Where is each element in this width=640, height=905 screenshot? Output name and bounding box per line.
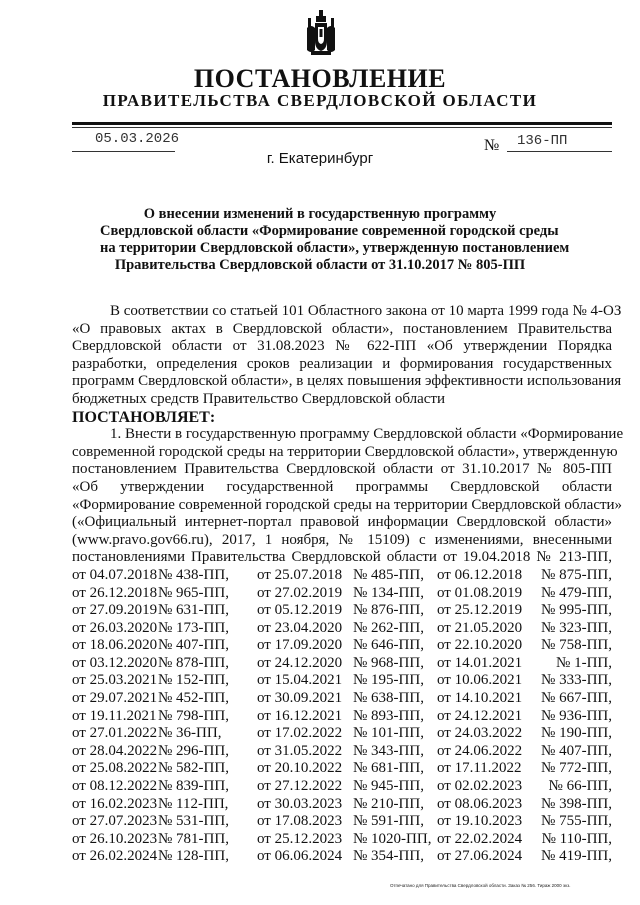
- amendment-number: № 631-ПП,: [158, 602, 257, 620]
- amendment-date: от 22.02.2024: [437, 831, 531, 849]
- item-line: «Об утверждении государственной программ…: [72, 479, 612, 497]
- amendment-date: от 30.03.2023: [257, 796, 353, 814]
- amendment-number: № 781-ПП,: [158, 831, 257, 849]
- amendment-date: от 23.04.2020: [257, 620, 353, 638]
- amendment-row: от 04.07.2018№ 438-ПП,от 25.07.2018№ 485…: [72, 567, 612, 585]
- amendment-row: от 26.12.2018№ 965-ПП,от 27.02.2019№ 134…: [72, 585, 612, 603]
- preamble-line: разработки, определения сроков реализаци…: [72, 356, 612, 374]
- amendment-row: от 19.11.2021№ 798-ПП,от 16.12.2021№ 893…: [72, 708, 612, 726]
- amendment-number: № 419-ПП,: [531, 848, 612, 866]
- amendment-date: от 28.04.2022: [72, 743, 158, 761]
- item-line: (www.pravo.gov66.ru), 2017, 1 ноября, № …: [72, 532, 612, 550]
- amendment-date: от 06.06.2024: [257, 848, 353, 866]
- amendment-date: от 27.09.2019: [72, 602, 158, 620]
- amendment-number: № 190-ПП,: [531, 725, 612, 743]
- amendment-date: от 16.02.2023: [72, 796, 158, 814]
- amendment-row: от 26.10.2023№ 781-ПП,от 25.12.2023№ 102…: [72, 831, 612, 849]
- amendment-number: № 758-ПП,: [531, 637, 612, 655]
- amendment-date: от 24.06.2022: [437, 743, 531, 761]
- amendment-date: от 03.12.2020: [72, 655, 158, 673]
- city: г. Екатеринбург: [0, 150, 640, 167]
- amendment-row: от 16.02.2023№ 112-ПП,от 30.03.2023№ 210…: [72, 796, 612, 814]
- print-footer: Отпечатано для Правительства Свердловско…: [390, 883, 571, 888]
- amendment-date: от 25.12.2019: [437, 602, 531, 620]
- amendment-date: от 22.10.2020: [437, 637, 531, 655]
- amendment-number: № 452-ПП,: [158, 690, 257, 708]
- amendment-date: от 31.05.2022: [257, 743, 353, 761]
- document-type-title: ПОСТАНОВЛЕНИЕ: [0, 64, 640, 94]
- amendment-number: № 323-ПП,: [531, 620, 612, 638]
- amendment-number: № 1-ПП,: [531, 655, 612, 673]
- amendment-number: № 798-ПП,: [158, 708, 257, 726]
- amendment-number: № 876-ПП,: [353, 602, 437, 620]
- amendment-number: № 296-ПП,: [158, 743, 257, 761]
- amendment-date: от 27.01.2022: [72, 725, 158, 743]
- amendment-number: № 262-ПП,: [353, 620, 437, 638]
- amendment-number: № 343-ПП,: [353, 743, 437, 761]
- amendment-date: от 24.12.2020: [257, 655, 353, 673]
- item-line: постановлениями Правительства Свердловск…: [72, 549, 612, 567]
- amendment-number: № 875-ПП,: [531, 567, 612, 585]
- amendment-row: от 27.09.2019№ 631-ПП,от 05.12.2019№ 876…: [72, 602, 612, 620]
- decree-word: ПОСТАНОВЛЯЕТ:: [72, 409, 612, 427]
- amendment-number: № 66-ПП,: [531, 778, 612, 796]
- document-date: 05.03.2026: [95, 131, 179, 147]
- amendment-number: № 878-ПП,: [158, 655, 257, 673]
- issuing-authority: ПРАВИТЕЛЬСТВА СВЕРДЛОВСКОЙ ОБЛАСТИ: [0, 91, 640, 111]
- amendment-number: № 582-ПП,: [158, 760, 257, 778]
- amendment-date: от 27.07.2023: [72, 813, 158, 831]
- amendment-number: № 195-ПП,: [353, 672, 437, 690]
- amendment-number: № 1020-ПП,: [353, 831, 437, 849]
- amendment-date: от 14.01.2021: [437, 655, 531, 673]
- amendment-date: от 18.06.2020: [72, 637, 158, 655]
- amendment-date: от 27.06.2024: [437, 848, 531, 866]
- amendment-row: от 27.07.2023№ 531-ПП,от 17.08.2023№ 591…: [72, 813, 612, 831]
- amendment-date: от 16.12.2021: [257, 708, 353, 726]
- amendment-number: № 995-ПП,: [531, 602, 612, 620]
- amendment-number: № 667-ПП,: [531, 690, 612, 708]
- amendment-number: № 531-ПП,: [158, 813, 257, 831]
- amendment-date: от 01.08.2019: [437, 585, 531, 603]
- amendment-number: № 128-ПП,: [158, 848, 257, 866]
- amendment-number: № 210-ПП,: [353, 796, 437, 814]
- amendment-date: от 17.08.2023: [257, 813, 353, 831]
- amendment-number: № 112-ПП,: [158, 796, 257, 814]
- amendment-date: от 15.04.2021: [257, 672, 353, 690]
- subject-line: О внесении изменений в государственную п…: [100, 206, 540, 223]
- amendment-number: № 638-ПП,: [353, 690, 437, 708]
- amendment-row: от 29.07.2021№ 452-ПП,от 30.09.2021№ 638…: [72, 690, 612, 708]
- amendment-date: от 27.02.2019: [257, 585, 353, 603]
- amendment-row: от 27.01.2022№ 36-ПП,от 17.02.2022№ 101-…: [72, 725, 612, 743]
- preamble-line: В соответствии со статьей 101 Областного…: [72, 303, 612, 321]
- amendment-number: № 407-ПП,: [531, 743, 612, 761]
- amendment-number: № 438-ПП,: [158, 567, 257, 585]
- preamble-line: Свердловской области от 31.08.2023 № 622…: [72, 338, 612, 356]
- preamble-line: бюджетных средств Правительство Свердлов…: [72, 391, 612, 409]
- amendment-date: от 29.07.2021: [72, 690, 158, 708]
- preamble-line: программ Свердловской области», в целях …: [72, 373, 612, 391]
- amendment-date: от 04.07.2018: [72, 567, 158, 585]
- amendment-date: от 17.09.2020: [257, 637, 353, 655]
- amendment-number: № 945-ПП,: [353, 778, 437, 796]
- amendment-row: от 08.12.2022№ 839-ПП,от 27.12.2022№ 945…: [72, 778, 612, 796]
- item-line: «Формирование современной городской сред…: [72, 497, 612, 515]
- preamble-line: «О правовых актах в Свердловской области…: [72, 321, 612, 339]
- amendment-date: от 14.10.2021: [437, 690, 531, 708]
- amendment-date: от 02.02.2023: [437, 778, 531, 796]
- amendment-date: от 19.11.2021: [72, 708, 158, 726]
- amendment-number: № 407-ПП,: [158, 637, 257, 655]
- amendment-date: от 30.09.2021: [257, 690, 353, 708]
- amendment-date: от 06.12.2018: [437, 567, 531, 585]
- amendment-number: № 755-ПП,: [531, 813, 612, 831]
- header-divider-thin: [72, 127, 612, 128]
- amendment-number: № 398-ПП,: [531, 796, 612, 814]
- amendment-date: от 25.12.2023: [257, 831, 353, 849]
- amendment-date: от 19.10.2023: [437, 813, 531, 831]
- document-subject: О внесении изменений в государственную п…: [100, 206, 540, 274]
- amendment-date: от 27.12.2022: [257, 778, 353, 796]
- amendment-number: № 134-ПП,: [353, 585, 437, 603]
- amendment-date: от 25.07.2018: [257, 567, 353, 585]
- amendment-row: от 03.12.2020№ 878-ПП,от 24.12.2020№ 968…: [72, 655, 612, 673]
- document-body: В соответствии со статьей 101 Областного…: [72, 303, 612, 866]
- coat-of-arms-icon: [306, 8, 336, 58]
- amendment-number: № 646-ПП,: [353, 637, 437, 655]
- amendment-date: от 08.12.2022: [72, 778, 158, 796]
- amendment-number: № 152-ПП,: [158, 672, 257, 690]
- amendment-date: от 26.10.2023: [72, 831, 158, 849]
- amendment-row: от 26.03.2020№ 173-ПП,от 23.04.2020№ 262…: [72, 620, 612, 638]
- amendment-date: от 24.03.2022: [437, 725, 531, 743]
- amendment-date: от 25.08.2022: [72, 760, 158, 778]
- document-number: 136-ПП: [517, 133, 567, 149]
- amendment-date: от 17.11.2022: [437, 760, 531, 778]
- amendment-number: № 110-ПП,: [531, 831, 612, 849]
- amendment-number: № 772-ПП,: [531, 760, 612, 778]
- amendment-number: № 936-ПП,: [531, 708, 612, 726]
- amendment-date: от 08.06.2023: [437, 796, 531, 814]
- amendment-date: от 21.05.2020: [437, 620, 531, 638]
- amendment-date: от 20.10.2022: [257, 760, 353, 778]
- amendment-date: от 26.12.2018: [72, 585, 158, 603]
- amendment-number: № 36-ПП,: [158, 725, 257, 743]
- amendment-row: от 25.03.2021№ 152-ПП,от 15.04.2021№ 195…: [72, 672, 612, 690]
- amendment-row: от 18.06.2020№ 407-ПП,от 17.09.2020№ 646…: [72, 637, 612, 655]
- subject-line: на территории Свердловской области», утв…: [100, 240, 540, 257]
- item-line: современной городской среды на территори…: [72, 444, 612, 462]
- header-divider: [72, 122, 612, 125]
- amendment-date: от 25.03.2021: [72, 672, 158, 690]
- amendment-number: № 101-ПП,: [353, 725, 437, 743]
- amendment-number: № 681-ПП,: [353, 760, 437, 778]
- amendment-number: № 354-ПП,: [353, 848, 437, 866]
- amendment-number: № 965-ПП,: [158, 585, 257, 603]
- amendment-date: от 10.06.2021: [437, 672, 531, 690]
- amendment-number: № 591-ПП,: [353, 813, 437, 831]
- amendment-row: от 25.08.2022№ 582-ПП,от 20.10.2022№ 681…: [72, 760, 612, 778]
- subject-line: Свердловской области «Формирование совре…: [100, 223, 540, 240]
- amendment-number: № 173-ПП,: [158, 620, 257, 638]
- amendment-date: от 26.03.2020: [72, 620, 158, 638]
- amendment-number: № 893-ПП,: [353, 708, 437, 726]
- item-line: 1. Внести в государственную программу Св…: [72, 426, 612, 444]
- subject-line: Правительства Свердловской области от 31…: [100, 257, 540, 274]
- item-line: («Официальный интернет-портал правовой и…: [72, 514, 612, 532]
- amendment-row: от 28.04.2022№ 296-ПП,от 31.05.2022№ 343…: [72, 743, 612, 761]
- amendment-number: № 968-ПП,: [353, 655, 437, 673]
- item-line: постановлением Правительства Свердловско…: [72, 461, 612, 479]
- amendment-number: № 333-ПП,: [531, 672, 612, 690]
- amendments-list: от 04.07.2018№ 438-ПП,от 25.07.2018№ 485…: [72, 567, 612, 866]
- amendment-number: № 839-ПП,: [158, 778, 257, 796]
- amendment-row: от 26.02.2024№ 128-ПП,от 06.06.2024№ 354…: [72, 848, 612, 866]
- amendment-date: от 17.02.2022: [257, 725, 353, 743]
- amendment-date: от 26.02.2024: [72, 848, 158, 866]
- amendment-number: № 479-ПП,: [531, 585, 612, 603]
- amendment-date: от 24.12.2021: [437, 708, 531, 726]
- amendment-date: от 05.12.2019: [257, 602, 353, 620]
- amendment-number: № 485-ПП,: [353, 567, 437, 585]
